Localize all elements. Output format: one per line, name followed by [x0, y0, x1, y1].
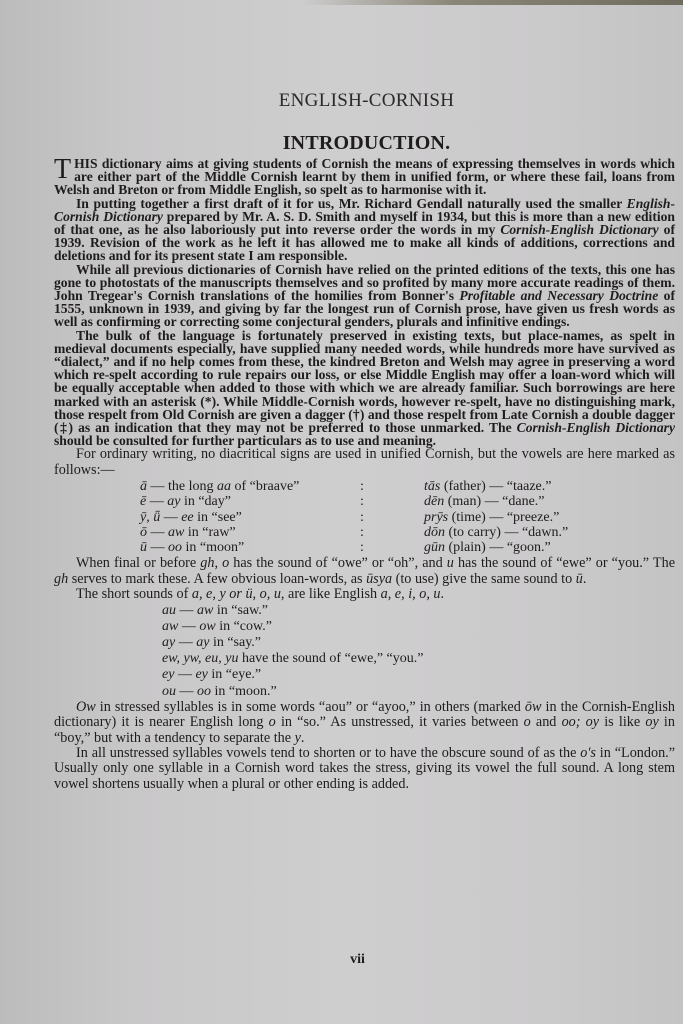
- page-title: INTRODUCTION.: [0, 132, 683, 155]
- paragraph-7: The short sounds of a, e, y or ü, o, u, …: [54, 587, 675, 602]
- vowel-row: ē — ay in “day”:dēn (man) — “dane.”: [140, 494, 675, 509]
- drop-cap: T: [54, 158, 71, 182]
- vowel-example: gūn (plain) — “goon.”: [424, 540, 675, 555]
- vowel-row: ā — the long aa of “braave”:tās (father)…: [140, 479, 675, 494]
- vowel-example: dōn (to carry) — “dawn.”: [424, 525, 675, 540]
- diphthong-list: au — aw in “saw.”aw — ow in “cow.”ay — a…: [162, 603, 675, 700]
- vowel-row: ō — aw in “raw”:dōn (to carry) — “dawn.”: [140, 525, 675, 540]
- running-head: ENGLISH-CORNISH: [0, 90, 683, 112]
- paragraph-1: THIS dictionary aims at giving students …: [54, 157, 675, 197]
- page-top-edge: [300, 0, 683, 5]
- paragraph-2: In putting together a first draft of it …: [54, 197, 675, 263]
- separator: :: [360, 525, 424, 540]
- vowel-description: ō — aw in “raw”: [140, 525, 360, 540]
- diphthong-item: ew, yw, eu, yu have the sound of “ewe,” …: [162, 651, 675, 667]
- vowel-row: ū — oo in “moon”:gūn (plain) — “goon.”: [140, 540, 675, 555]
- vowel-row: ȳ, ǖ — ee in “see”:prȳs (time) — “preez…: [140, 510, 675, 525]
- vowel-description: ū — oo in “moon”: [140, 540, 360, 555]
- body-text: THIS dictionary aims at giving students …: [54, 157, 675, 792]
- paragraph-6: When final or before gh, o has the sound…: [54, 556, 675, 587]
- diphthong-item: ay — ay in “say.”: [162, 635, 675, 651]
- separator: :: [360, 510, 424, 525]
- paragraph-4: The bulk of the language is fortunately …: [54, 329, 675, 448]
- vowel-example: prȳs (time) — “preeze.”: [424, 510, 675, 525]
- vowel-description: ā — the long aa of “braave”: [140, 479, 360, 494]
- vowel-description: ē — ay in “day”: [140, 494, 360, 509]
- paragraph-5: For ordinary writing, no diacritical sig…: [54, 447, 675, 478]
- vowel-description: ȳ, ǖ — ee in “see”: [140, 510, 360, 525]
- vowel-example: dēn (man) — “dane.”: [424, 494, 675, 509]
- diphthong-item: ou — oo in “moon.”: [162, 684, 675, 700]
- diphthong-item: aw — ow in “cow.”: [162, 619, 675, 635]
- paragraph-3: While all previous dictionaries of Corni…: [54, 263, 675, 329]
- separator: :: [360, 494, 424, 509]
- vowel-table: ā — the long aa of “braave”:tās (father)…: [140, 479, 675, 555]
- separator: :: [360, 540, 424, 555]
- vowel-example: tās (father) — “taaze.”: [424, 479, 675, 494]
- paragraph-8: Ow in stressed syllables is in some word…: [54, 700, 675, 746]
- separator: :: [360, 479, 424, 494]
- page-number: vii: [0, 952, 683, 968]
- diphthong-item: au — aw in “saw.”: [162, 603, 675, 619]
- diphthong-item: ey — ey in “eye.”: [162, 667, 675, 683]
- paragraph-9: In all unstressed syllables vowels tend …: [54, 746, 675, 792]
